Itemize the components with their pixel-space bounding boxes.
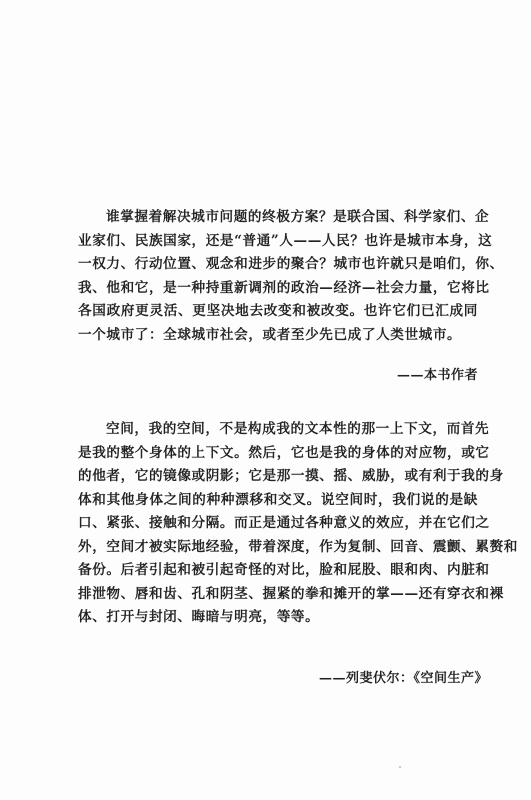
epigraph-paragraph-1: 谁掌握着解决城市问题的终极方案？是联合国、科学家们、企 业家们、民族国家，还是“… [78, 206, 478, 347]
text-line: 体和其他身体之间的种种漂移和交叉。说空间时，我们说的是缺 [78, 489, 478, 513]
text-line: 的他者，它的镜像或阴影；它是那一摸、摇、威胁，或有利于我的身 [78, 465, 478, 489]
text-line: 口、紧张、接触和分隔。而正是通过各种意义的效应，并在它们之 [78, 512, 478, 536]
text-line: 业家们、民族国家，还是“普通”人——人民？也许是城市本身，这 [78, 230, 478, 254]
text-line: 空间，我的空间，不是构成我的文本性的那一上下文，而首先 [78, 418, 478, 442]
epigraph-paragraph-2: 空间，我的空间，不是构成我的文本性的那一上下文，而首先 是我的整个身体的上下文。… [78, 418, 478, 630]
text-line: 一权力、行动位置、观念和进步的聚合？城市也许就只是咱们，你、 [78, 253, 478, 277]
text-line: 一个城市了：全球城市社会，或者至少先已成了人类世城市。 [78, 324, 478, 348]
text-line: 外，空间才被实际地经验，带着深度，作为复制、回音、震颤、累赘和 [78, 536, 478, 560]
book-page: 谁掌握着解决城市问题的终极方案？是联合国、科学家们、企 业家们、民族国家，还是“… [0, 0, 531, 800]
epigraph-attribution-1: ——本书作者 [397, 364, 478, 383]
scan-speck [399, 766, 401, 768]
text-line: 我、他和它，是一种持重新调剂的政治—经济—社会力量，它将比 [78, 277, 478, 301]
text-line: 备份。后者引起和被引起奇怪的对比，脸和屁股、眼和肉、内脏和 [78, 559, 478, 583]
text-line: 排泄物、唇和齿、孔和阴茎、握紧的拳和摊开的掌——还有穿衣和裸 [78, 583, 478, 607]
text-line: 体、打开与封闭、晦暗与明亮，等等。 [78, 606, 478, 630]
epigraph-attribution-2: ——列斐伏尔：《空间生产》 [319, 667, 488, 686]
text-line: 各国政府更灵活、更坚决地去改变和被改变。也许它们已汇成同 [78, 300, 478, 324]
text-line: 谁掌握着解决城市问题的终极方案？是联合国、科学家们、企 [78, 206, 478, 230]
text-line: 是我的整个身体的上下文。然后，它也是我的身体的对应物，或它 [78, 442, 478, 466]
